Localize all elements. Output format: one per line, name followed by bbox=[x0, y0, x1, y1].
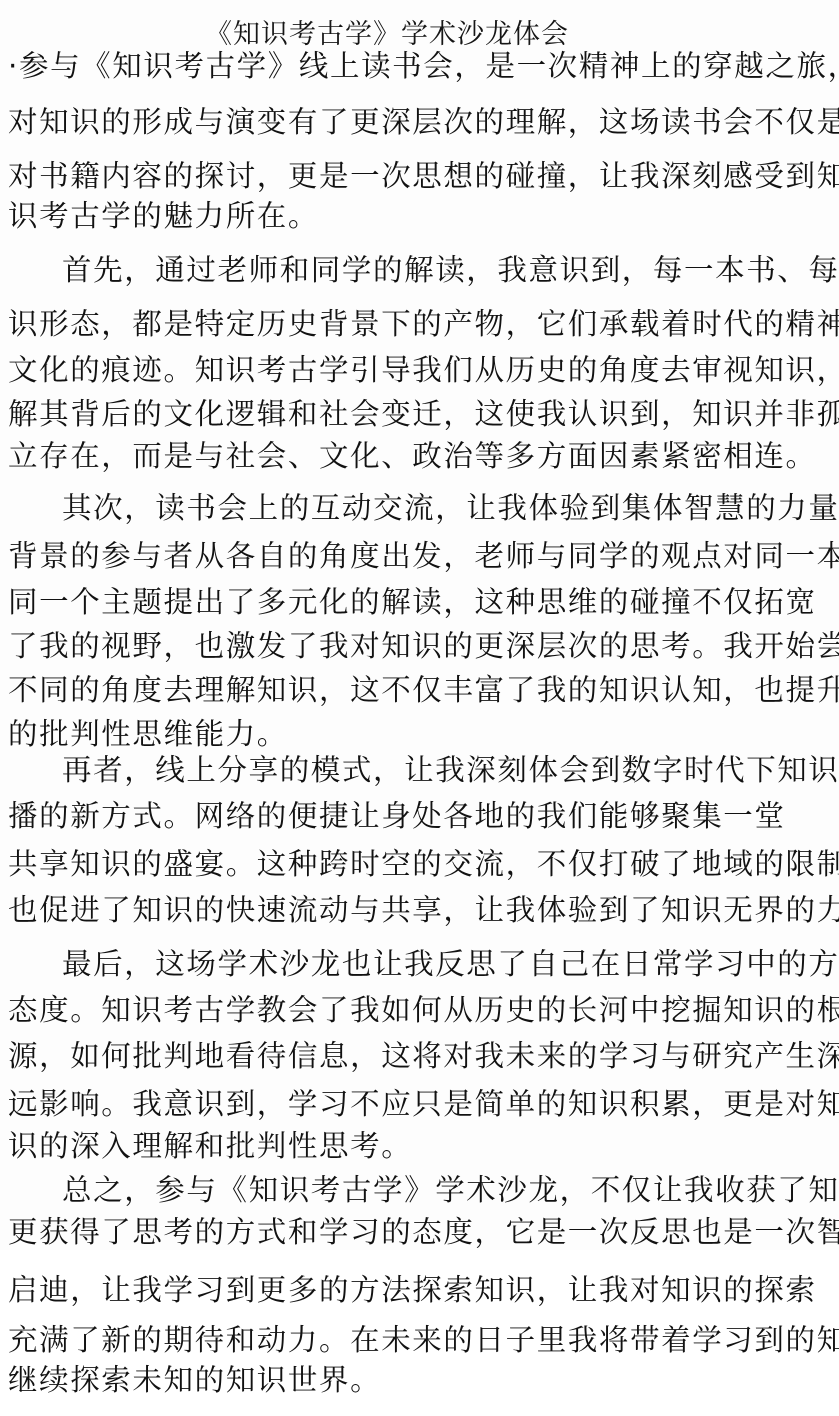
text-line: 总之，参与《知识考古学》学术沙龙，不仅让我收获了知识 bbox=[62, 1170, 839, 1212]
text-line: 共享知识的盛宴。这种跨时空的交流，不仅打破了地域的限制 bbox=[8, 844, 839, 886]
text-line: 远影响。我意识到，学习不应只是简单的知识积累，更是对知 bbox=[8, 1084, 839, 1126]
text-line: 了我的视野，也激发了我对知识的更深层次的思考。我开始尝试从 bbox=[8, 626, 839, 668]
text-line: 更获得了思考的方式和学习的态度，它是一次反思也是一次智慧的 bbox=[8, 1212, 839, 1254]
text-line: 源，如何批判地看待信息，这将对我未来的学习与研究产生深 bbox=[8, 1036, 839, 1078]
text-line: 对知识的形成与演变有了更深层次的理解，这场读书会不仅是一次 bbox=[8, 102, 839, 144]
handwritten-page-1: 《知识考古学》学术沙龙体会 ·参与《知识考古学》线上读书会，是一次精神上的穿越之… bbox=[0, 0, 839, 1250]
text-line: 背景的参与者从各自的角度出发，老师与同学的观点对同一本书 bbox=[8, 536, 839, 578]
text-line: 识的深入理解和批判性思考。 bbox=[8, 1126, 412, 1168]
text-line: 文化的痕迹。知识考古学引导我们从历史的角度去审视知识，理 bbox=[8, 350, 839, 392]
text-line: 其次，读书会上的互动交流，让我体验到集体智慧的力量。不同 bbox=[62, 488, 839, 530]
text-line: 启迪，让我学习到更多的方法探索知识，让我对知识的探索 bbox=[8, 1270, 817, 1312]
text-line: 播的新方式。网络的便捷让身处各地的我们能够聚集一堂 bbox=[8, 796, 786, 838]
text-line: ·参与《知识考古学》线上读书会，是一次精神上的穿越之旅，让我 bbox=[8, 46, 839, 88]
text-line: 态度。知识考古学教会了我如何从历史的长河中挖掘知识的根 bbox=[8, 990, 839, 1032]
text-line: 首先，通过老师和同学的解读，我意识到，每一本书、每一种知 bbox=[62, 250, 839, 292]
text-line: 对书籍内容的探讨，更是一次思想的碰撞，让我深刻感受到知 bbox=[8, 156, 839, 198]
text-line: 充满了新的期待和动力。在未来的日子里我将带着学习到的知识 bbox=[8, 1320, 839, 1362]
text-line: 继续探索未知的知识世界。 bbox=[8, 1360, 381, 1402]
text-line: 不同的角度去理解知识，这不仅丰富了我的知识认知，也提升了我 bbox=[8, 670, 839, 712]
handwritten-page-2: 启迪，让我学习到更多的方法探索知识，让我对知识的探索 充满了新的期待和动力。在未… bbox=[0, 1252, 839, 1416]
text-line: 识考古学的魅力所在。 bbox=[8, 196, 319, 238]
text-line: 同一个主题提出了多元化的解读，这种思维的碰撞不仅拓宽 bbox=[8, 582, 817, 624]
text-line: 立存在，而是与社会、文化、政治等多方面因素紧密相连。 bbox=[8, 436, 817, 478]
text-line: 识形态，都是特定历史背景下的产物，它们承载着时代的精神与 bbox=[8, 304, 839, 346]
text-line: 解其背后的文化逻辑和社会变迁，这使我认识到，知识并非孤 bbox=[8, 394, 839, 436]
text-line: 也促进了知识的快速流动与共享，让我体验到了知识无界的力量 bbox=[8, 890, 839, 932]
text-line: 最后，这场学术沙龙也让我反思了自己在日常学习中的方法与 bbox=[62, 944, 839, 986]
text-line: 再者，线上分享的模式，让我深刻体会到数字时代下知识传 bbox=[62, 750, 839, 792]
